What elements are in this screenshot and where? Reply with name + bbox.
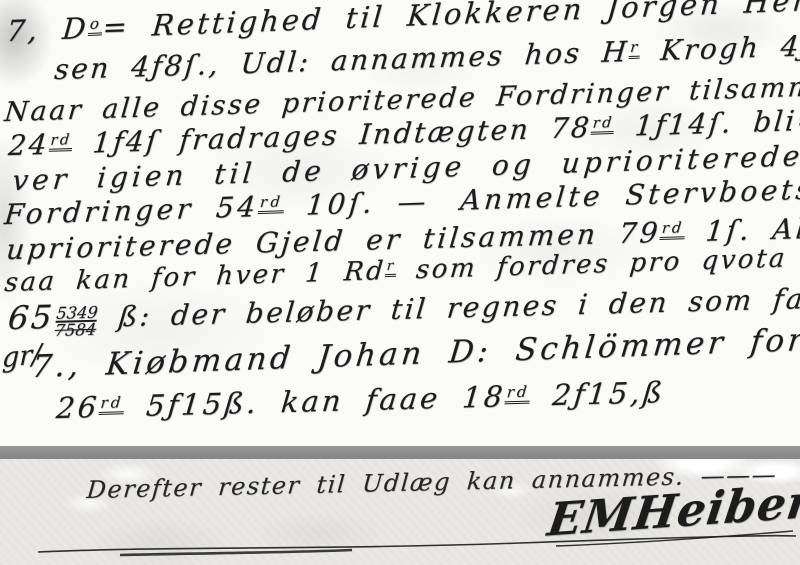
superscript: rd xyxy=(258,193,285,214)
superscript: rd xyxy=(98,393,125,415)
line-text: 24 xyxy=(7,128,51,162)
line-text: 1ƒ14ſ. bli= xyxy=(613,103,800,143)
manuscript-line-11: 26rd 5ƒ15ß. kan faae 18rd 2ƒ15,ß xyxy=(55,375,667,425)
line-text: 5ƒ15ß. kan faae 18 xyxy=(122,379,507,423)
line-text: 26 xyxy=(55,390,101,425)
line-text: 7, D xyxy=(5,11,90,48)
flourish-underline-svg xyxy=(0,459,800,565)
paper-strip: Derefter rester til Udlæg kan annammes. … xyxy=(0,459,800,565)
separator-band xyxy=(0,446,800,459)
line-text: 2ƒ15,ß xyxy=(529,375,667,413)
fraction: 53497584 xyxy=(54,304,98,338)
superscript: rd xyxy=(591,114,616,135)
superscript: rd xyxy=(505,383,532,405)
superscript: rd xyxy=(660,219,686,240)
fraction-denominator: 7584 xyxy=(54,322,97,339)
manuscript-scan: 7, Do= Rettighed til Klokkeren Jörgen He… xyxy=(0,0,800,565)
manuscript-paper: 7, Do= Rettighed til Klokkeren Jörgen He… xyxy=(0,0,800,446)
line-text: Fordringer 54 xyxy=(3,190,260,231)
superscript: rd xyxy=(48,131,73,152)
line-text: 65 xyxy=(6,298,56,337)
line-text: Krogh 4ƒ8ſ. xyxy=(639,28,800,68)
